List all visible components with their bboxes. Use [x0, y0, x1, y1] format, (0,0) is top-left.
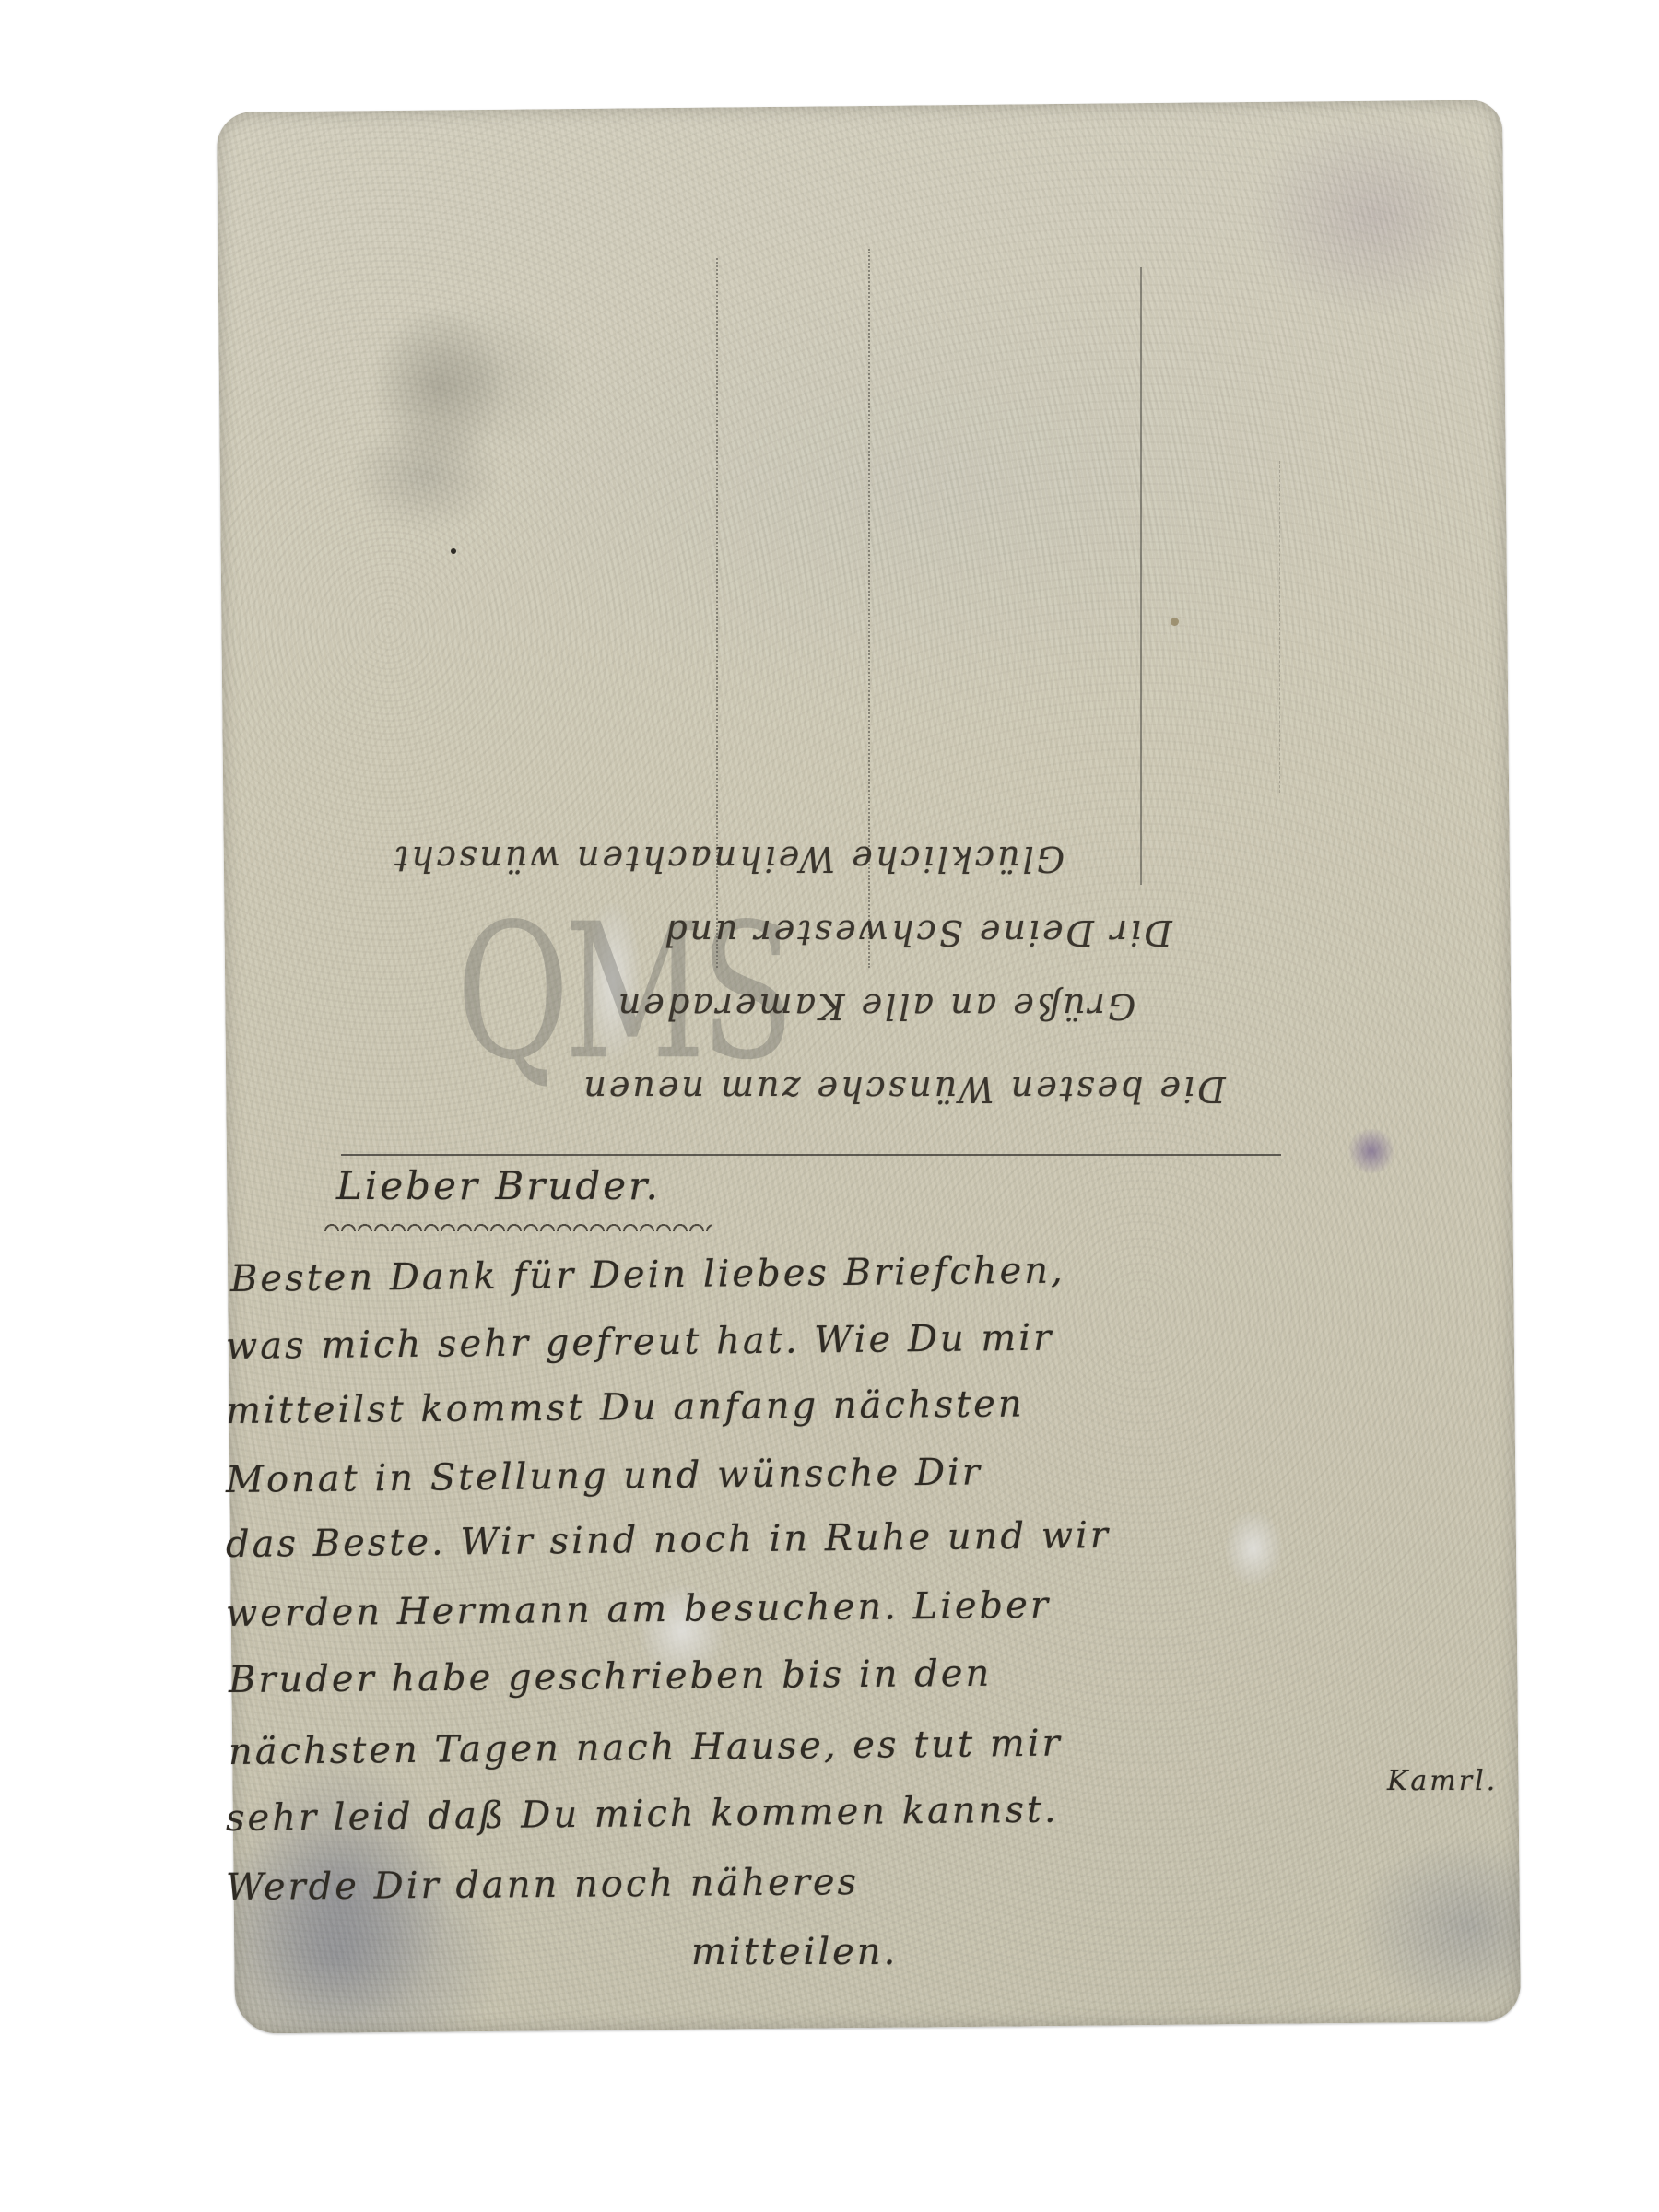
letter-salutation: Lieber Bruder.	[336, 1163, 661, 1208]
letter-line: mitteilst kommst Du anfang nächsten	[226, 1382, 1025, 1432]
purple-ink-spot	[1346, 1129, 1397, 1173]
address-divider-line	[1140, 267, 1142, 885]
paper-scuff	[585, 903, 641, 1060]
salutation-underline	[324, 1217, 712, 1231]
letter-line: nächsten Tagen nach Hause, es tut mir	[229, 1723, 1063, 1773]
paper-scuff-3	[1226, 1512, 1281, 1585]
letter-line: Monat in Stellung und wünsche Dir	[226, 1451, 982, 1501]
letter-line: werden Hermann am besuchen. Lieber	[226, 1584, 1051, 1635]
margin-word: Kamrl.	[1387, 1765, 1498, 1797]
stamp-divider-line-middle	[868, 249, 870, 968]
ink-dot	[451, 548, 456, 554]
message-divider-line	[341, 1154, 1281, 1156]
water-stain	[369, 304, 507, 470]
ink-dot-2	[1171, 618, 1179, 626]
letter-line: sehr leid daß Du mich kommen kannst.	[226, 1789, 1059, 1840]
letter-closing-line: mitteilen.	[691, 1931, 898, 1973]
letter-line: Werde Dir dann noch näheres	[226, 1861, 860, 1909]
letter-line: was mich sehr gefreut hat. Wie Du mir	[226, 1317, 1054, 1368]
stamp-divider-line-left	[716, 258, 718, 968]
letter-line: Besten Dank für Dein liebes Briefchen,	[230, 1250, 1065, 1300]
letter-line: Bruder habe geschrieben bis in den	[229, 1653, 993, 1701]
address-faint-line	[1279, 461, 1280, 793]
